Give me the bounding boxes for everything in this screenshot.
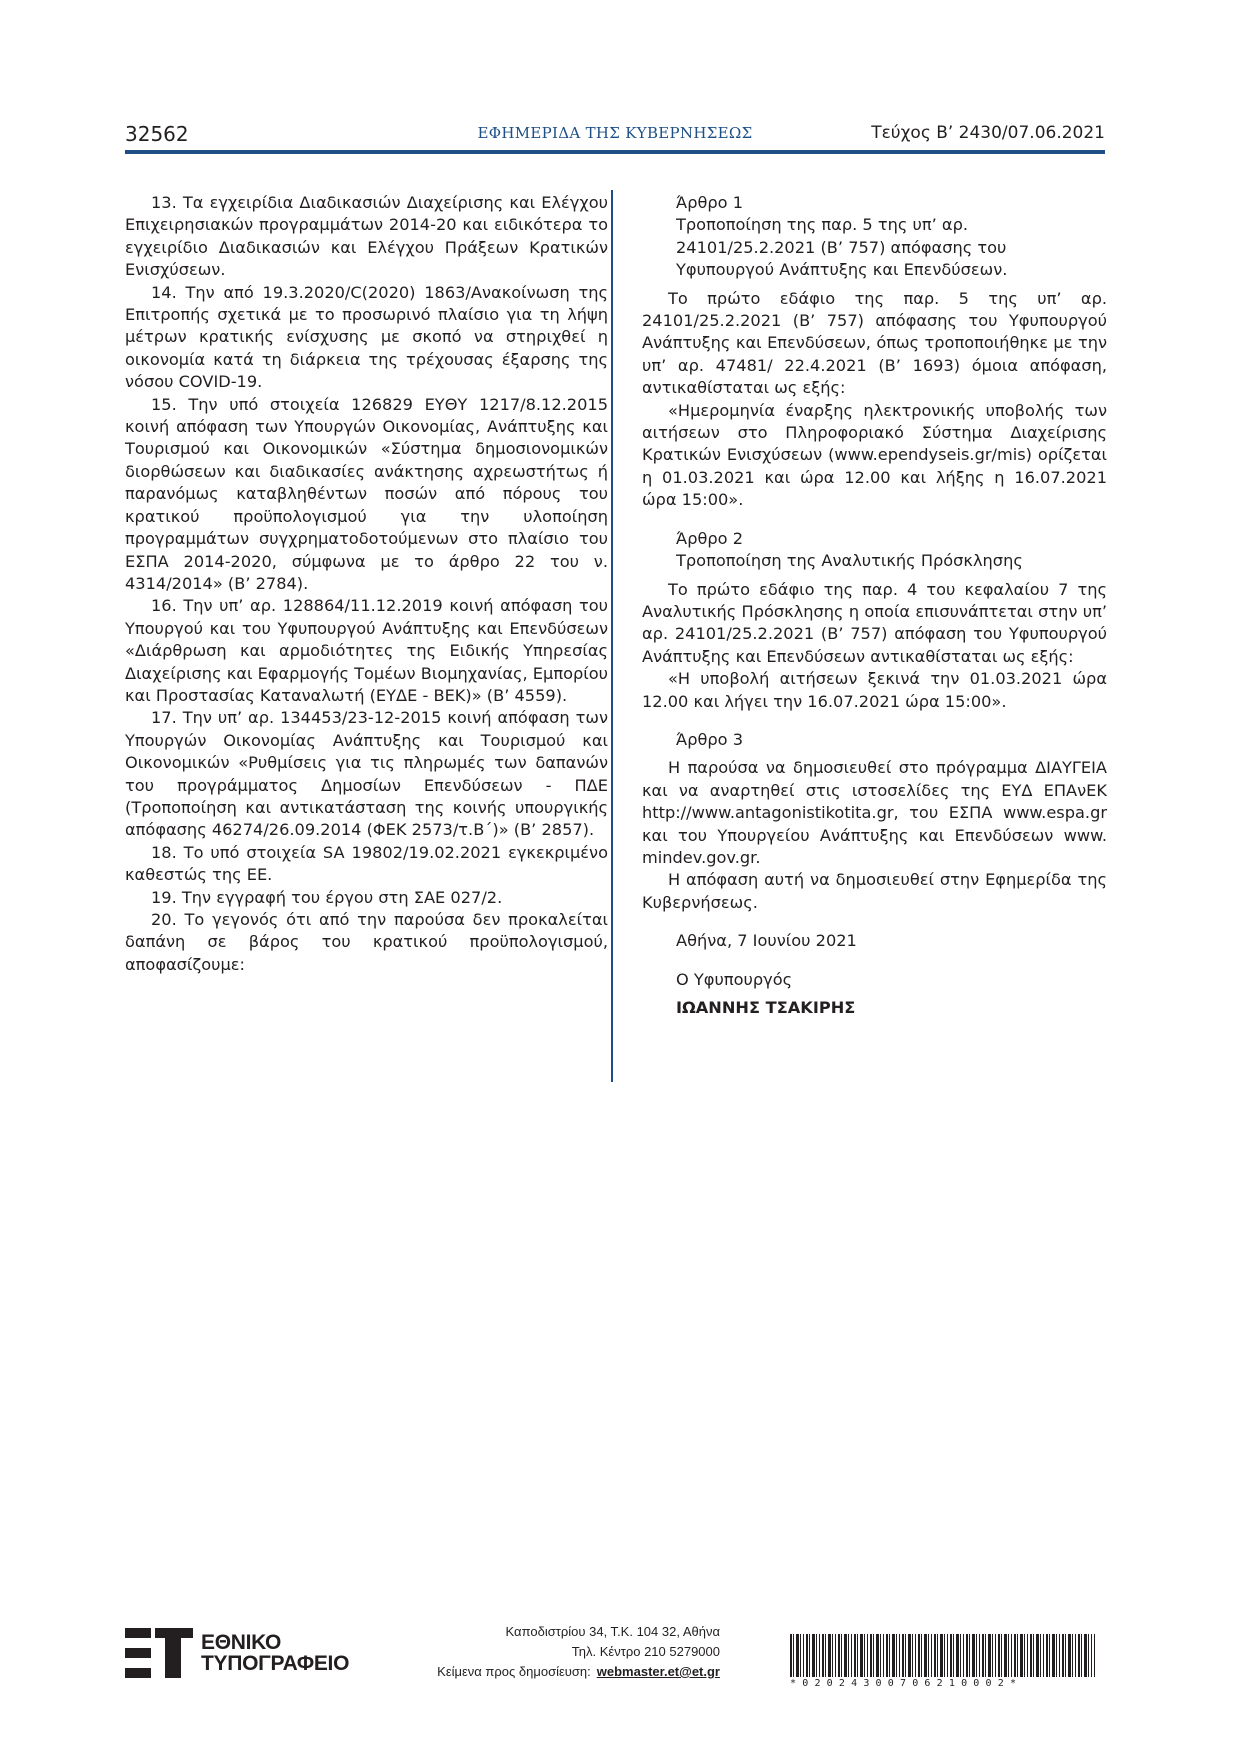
article-3-heading-block: Άρθρο 3 — [642, 729, 1107, 751]
article-1-heading-block: Άρθρο 1 Τροποποίηση της παρ. 5 της υπ’ α… — [642, 192, 1107, 282]
place-date: Αθήνα, 7 Ιουνίου 2021 — [676, 930, 1107, 952]
signatory-role: Ο Υφυπουργός — [676, 969, 1107, 991]
logo-line-2: ΤΥΠΟΓΡΑΦΕΙΟ — [201, 1653, 349, 1674]
article-3-heading: Άρθρο 3 — [676, 729, 1107, 751]
clause-18: 18. Το υπό στοιχεία SA 19802/19.02.2021 … — [125, 842, 608, 887]
article-2-heading: Άρθρο 2 — [676, 528, 1107, 550]
clause-20: 20. Το γεγονός ότι από την παρούσα δεν π… — [125, 909, 608, 976]
barcode: *02024300706210002* — [790, 1634, 1095, 1688]
article-2-heading-block: Άρθρο 2 Τροποποίηση της Αναλυτικής Πρόσκ… — [642, 528, 1107, 573]
signature-block: Αθήνα, 7 Ιουνίου 2021 Ο Υφυπουργός ΙΩΑΝΝ… — [642, 930, 1107, 1019]
issue-number: Τεύχος Β’ 2430/07.06.2021 — [871, 123, 1105, 143]
article-1-quote: «Ημερομηνία έναρξης ηλεκτρονικής υποβολή… — [642, 400, 1107, 512]
clause-19: 19. Την εγγραφή του έργου στη ΣΑΕ 027/2. — [125, 887, 608, 909]
article-1-title-line: Τροποποίηση της παρ. 5 της υπ’ αρ. — [676, 214, 1107, 236]
article-2-title-line: Τροποποίηση της Αναλυτικής Πρόσκλησης — [676, 550, 1107, 572]
logo-line-1: ΕΘΝΙΚΟ — [201, 1632, 349, 1653]
barcode-icon — [790, 1634, 1095, 1677]
clause-17: 17. Την υπ’ αρ. 134453/23-12-2015 κοινή … — [125, 707, 608, 841]
clause-15: 15. Την υπό στοιχεία 126829 ΕΥΘΥ 1217/8.… — [125, 394, 608, 596]
left-column: 13. Τα εγχειρίδια Διαδικασιών Διαχείριση… — [125, 192, 608, 976]
submissions-label: Κείμενα προς δημοσίευση: — [437, 1664, 591, 1679]
article-1-title-line: 24101/25.2.2021 (Β’ 757) απόφασης του — [676, 237, 1107, 259]
article-1-heading: Άρθρο 1 — [676, 192, 1107, 214]
page-header: 32562 ΕΦΗΜΕΡΙΔΑ ΤΗΣ ΚΥΒΕΡΝΗΣΕΩΣ Τεύχος Β… — [125, 120, 1105, 150]
submissions-email-link[interactable]: webmaster.et@et.gr — [597, 1664, 720, 1679]
right-column: Άρθρο 1 Τροποποίηση της παρ. 5 της υπ’ α… — [642, 192, 1107, 1019]
phone: Τηλ. Κέντρο 210 5279000 — [437, 1642, 720, 1662]
contact-info: Καποδιστρίου 34, Τ.Κ. 104 32, Αθήνα Τηλ.… — [437, 1622, 720, 1682]
et-logo-icon — [125, 1628, 193, 1678]
article-1-paragraph: Το πρώτο εδάφιο της παρ. 5 της υπ’ αρ. 2… — [642, 288, 1107, 400]
barcode-text: *02024300706210002* — [790, 1678, 1095, 1689]
column-divider — [611, 190, 613, 1082]
article-3-paragraph: Η παρούσα να δημοσιευθεί στο πρόγραμμα Δ… — [642, 757, 1107, 869]
header-divider — [125, 150, 1105, 154]
article-2-quote: «Η υποβολή αιτήσεων ξεκινά την 01.03.202… — [642, 668, 1107, 713]
clause-16: 16. Την υπ’ αρ. 128864/11.12.2019 κοινή … — [125, 595, 608, 707]
submissions-line: Κείμενα προς δημοσίευση:webmaster.et@et.… — [437, 1662, 720, 1682]
article-3-publication: Η απόφαση αυτή να δημοσιευθεί στην Εφημε… — [642, 869, 1107, 914]
address: Καποδιστρίου 34, Τ.Κ. 104 32, Αθήνα — [437, 1622, 720, 1642]
page-footer: ΕΘΝΙΚΟ ΤΥΠΟΓΡΑΦΕΙΟ Καποδιστρίου 34, Τ.Κ.… — [125, 1622, 1105, 1702]
signatory-name: ΙΩΑΝΝΗΣ ΤΣΑΚΙΡΗΣ — [676, 997, 1107, 1019]
clause-13: 13. Τα εγχειρίδια Διαδικασιών Διαχείριση… — [125, 192, 608, 282]
clause-14: 14. Την από 19.3.2020/C(2020) 1863/Ανακο… — [125, 282, 608, 394]
logo-text: ΕΘΝΙΚΟ ΤΥΠΟΓΡΑΦΕΙΟ — [201, 1632, 349, 1674]
article-2-paragraph: Το πρώτο εδάφιο της παρ. 4 του κεφαλαίου… — [642, 579, 1107, 669]
article-1-title-line: Υφυπουργού Ανάπτυξης και Επενδύσεων. — [676, 259, 1107, 281]
